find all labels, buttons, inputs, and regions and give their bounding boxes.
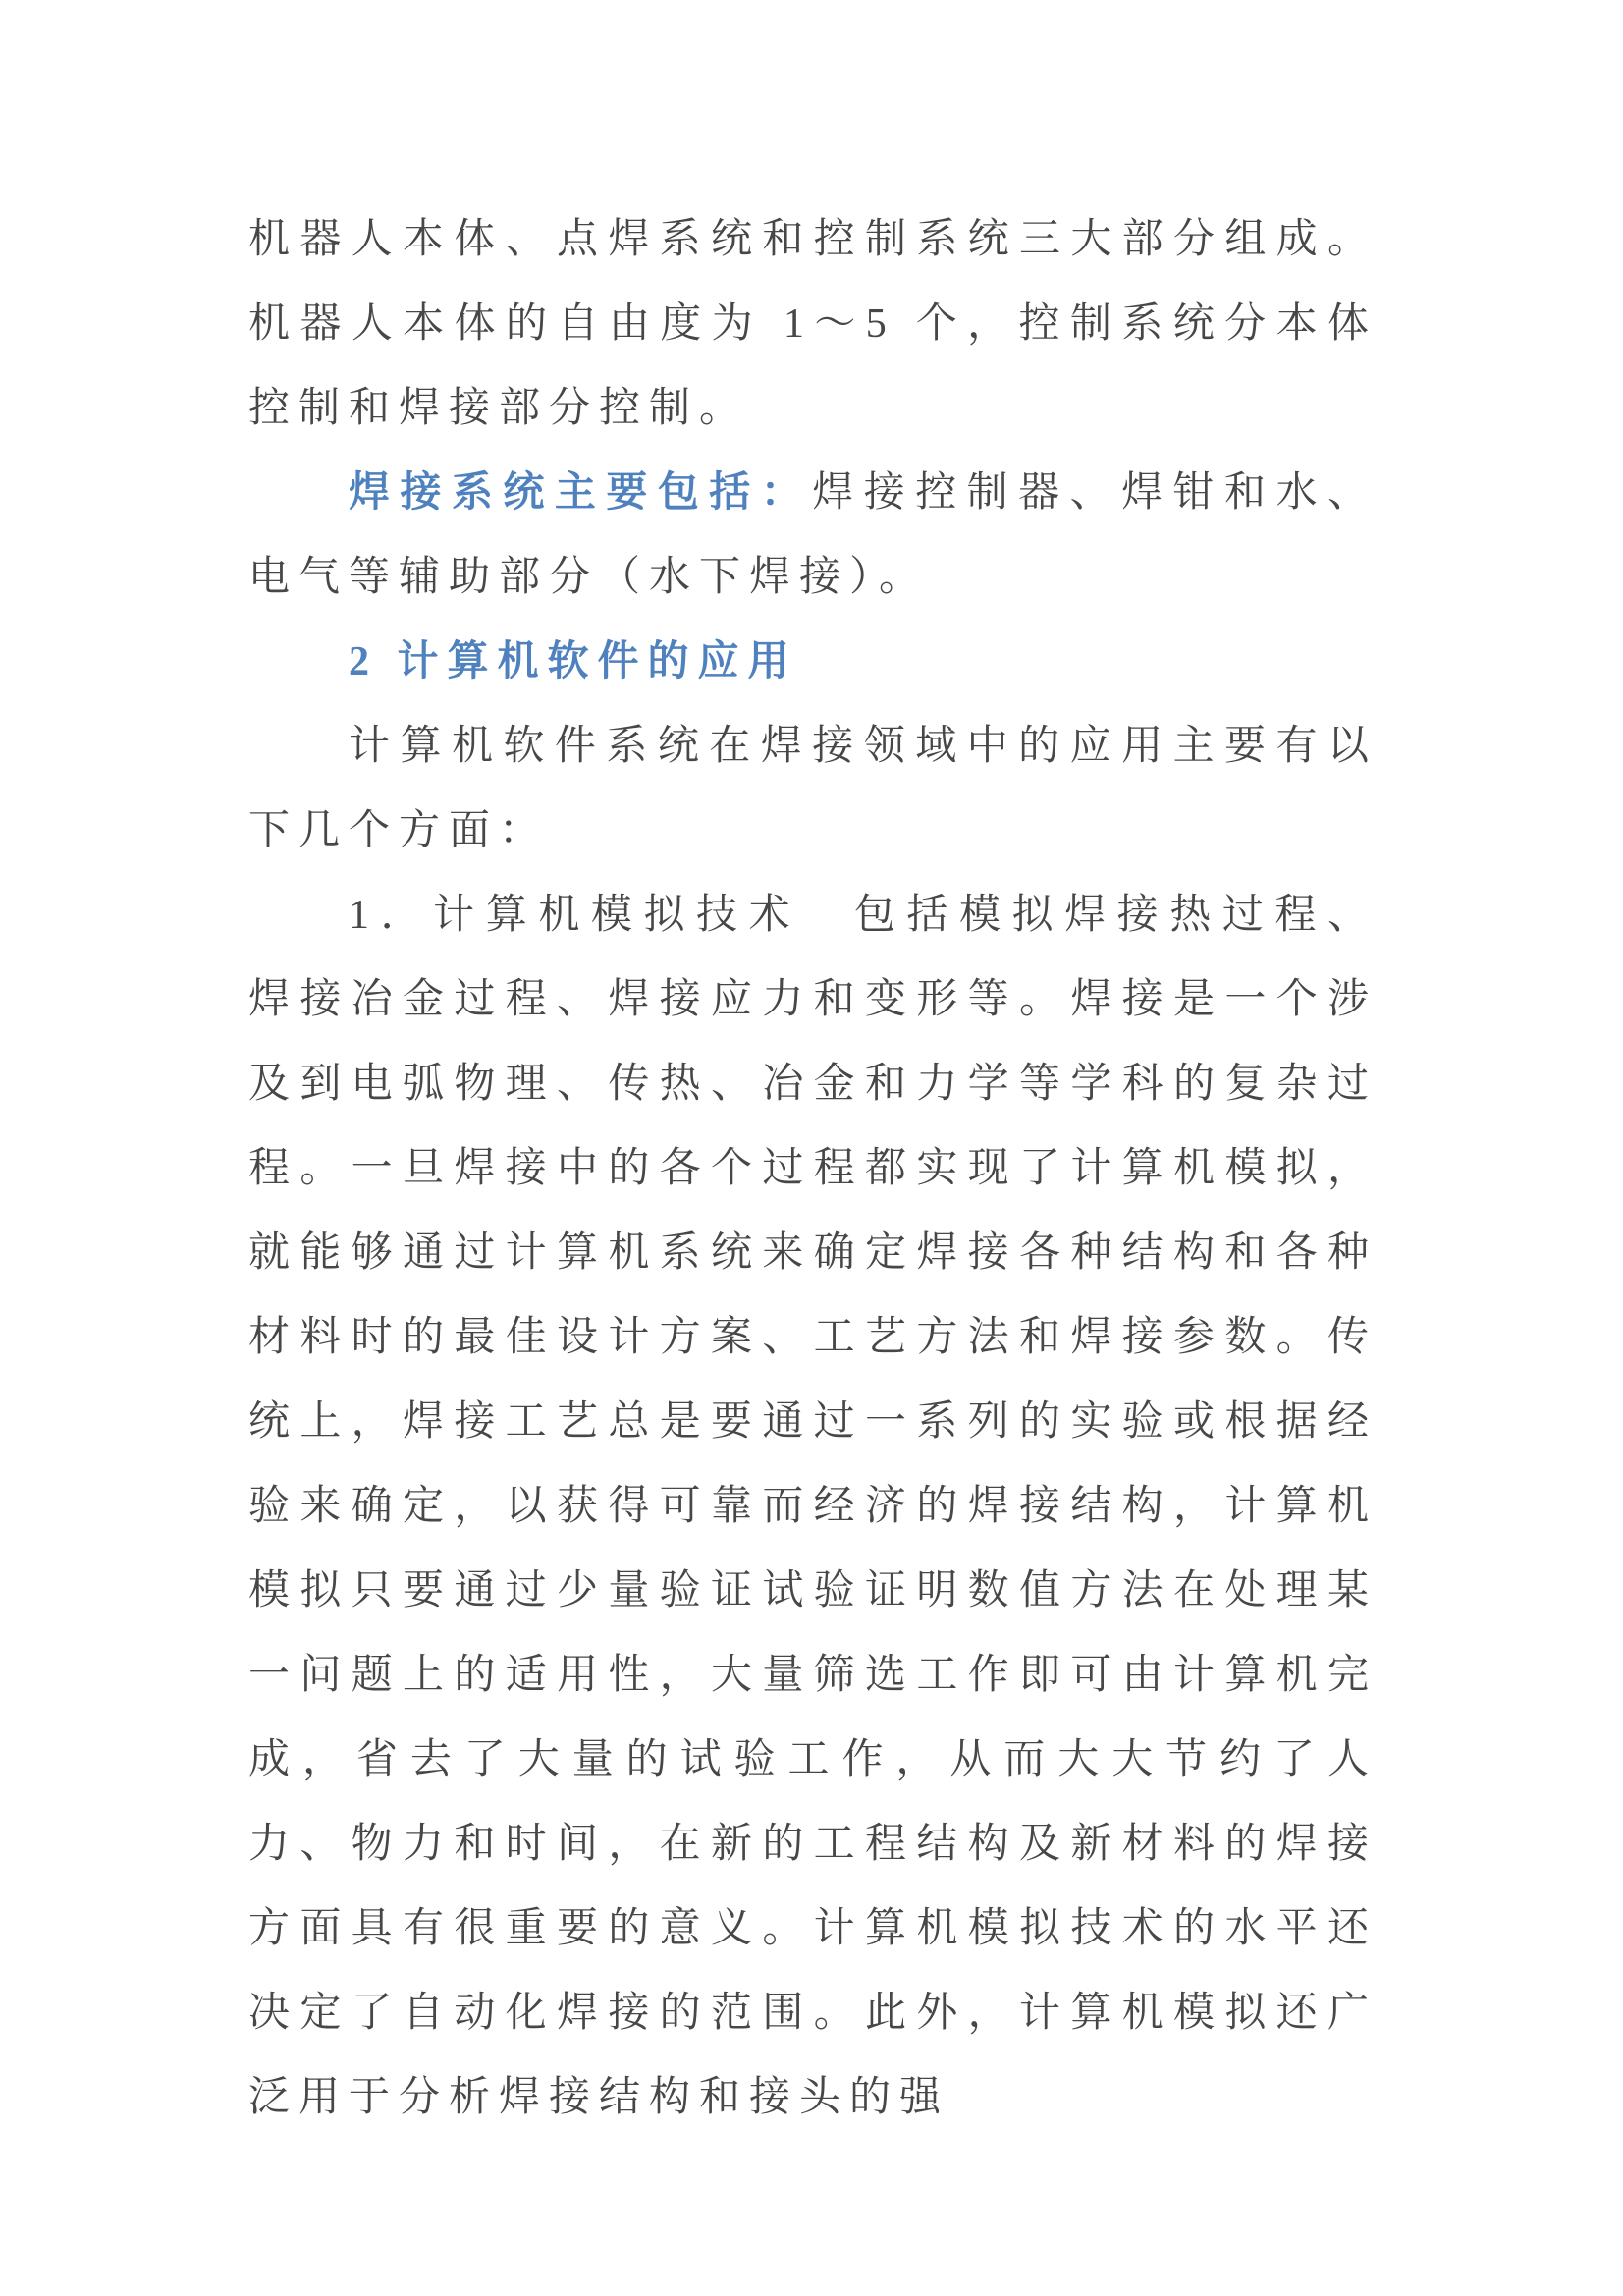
paragraph-computer-simulation: 1．计算机模拟技术 包括模拟焊接热过程、焊接冶金过程、焊接应力和变形等。焊接是一… [248, 873, 1378, 2140]
inline-heading-welding-system: 焊接系统主要包括： [349, 470, 812, 516]
paragraph-software-intro: 计算机软件系统在焊接领域中的应用主要有以下几个方面： [248, 704, 1378, 873]
paragraph-welding-system: 焊接系统主要包括：焊接控制器、焊钳和水、电气等辅助部分（水下焊接）。 [248, 451, 1378, 620]
document-page: 机器人本体、点焊系统和控制系统三大部分组成。机器人本体的自由度为 1～5 个，控… [0, 0, 1623, 2296]
section-heading-text: 2 计算机软件的应用 [349, 639, 798, 684]
body-text: 1．计算机模拟技术 包括模拟焊接热过程、焊接冶金过程、焊接应力和变形等。焊接是一… [248, 893, 1378, 2120]
body-text: 计算机软件系统在焊接领域中的应用主要有以下几个方面： [248, 724, 1378, 853]
paragraph-robot-composition: 机器人本体、点焊系统和控制系统三大部分组成。机器人本体的自由度为 1～5 个，控… [248, 197, 1378, 451]
section-heading-computer-software: 2 计算机软件的应用 [248, 620, 1378, 704]
body-text: 机器人本体、点焊系统和控制系统三大部分组成。机器人本体的自由度为 1～5 个，控… [248, 217, 1378, 431]
